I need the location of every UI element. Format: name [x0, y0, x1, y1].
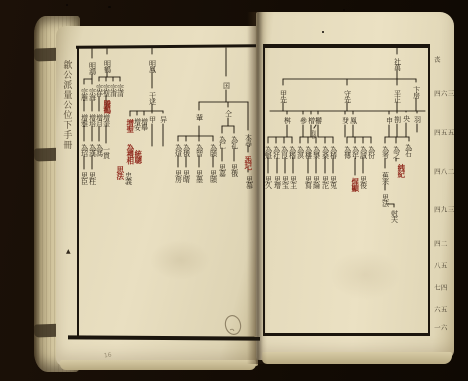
tree-node-label: 為漢: [89, 144, 96, 156]
tree-node-label: 為智: [196, 144, 203, 156]
tree-node-label: 一貫: [103, 146, 110, 158]
margin-number: 五五四: [433, 129, 453, 136]
tree-node-label: 思嘉: [219, 164, 226, 176]
tree-node-label: 為桑: [322, 146, 329, 158]
tree-node-label: 囯: [223, 82, 230, 88]
tree-node-label: 思墨: [196, 170, 203, 182]
tree-node-label: 思柱: [89, 172, 96, 184]
tree-node-label: 為楷: [289, 146, 296, 158]
tree-node-label: 思兎: [330, 176, 337, 188]
tree-node-label: 增安: [134, 118, 141, 130]
tree-node-label: 增月: [96, 114, 103, 126]
tree-node-label: 為傳: [344, 146, 351, 158]
tree-node-label: 橳: [315, 117, 322, 123]
tree-node-label: 為良: [281, 146, 288, 158]
tree-node-label: 為魁: [265, 146, 272, 158]
tree-node-label: 增雅: [81, 114, 88, 126]
margin-number: 二八四: [433, 168, 453, 175]
tree-node-label: 為份: [368, 146, 375, 158]
tree-node-label: 為禮相: [126, 144, 134, 164]
margin-number: 五六: [433, 306, 447, 313]
tree-node-label: 思頣: [210, 170, 217, 182]
tree-node-label: 思慕: [246, 176, 253, 188]
tree-node-label: 癹: [342, 117, 349, 123]
tree-node-label: 思晴: [183, 170, 190, 182]
tree-node-label: 為煊: [175, 144, 182, 156]
tree-node-label: 參: [300, 117, 307, 123]
tree-node-label: 鳯: [350, 117, 357, 123]
tree-node-label: 尅夫: [391, 210, 398, 222]
tree-node-label: 為樓: [305, 146, 312, 158]
tree-node-label: 為年: [352, 146, 359, 158]
tree-node-label: 為槼: [313, 146, 320, 158]
tree-node-label: 思俊: [360, 176, 367, 188]
margin-number: 六一: [433, 324, 447, 331]
tree-node-label: 央: [403, 115, 410, 121]
tree-node-label: 為誠: [360, 146, 367, 158]
margin-number: 五八: [433, 262, 447, 269]
tree-node-label: 宗祥: [96, 84, 103, 96]
tree-node-label: 甲先: [280, 90, 287, 102]
margin-number: 四七: [433, 284, 447, 291]
tree-node-label: 為玿: [81, 144, 88, 156]
tree-node-label: 思宝: [282, 176, 289, 188]
tree-node-label: 思主: [290, 176, 297, 188]
tree-node-label: 為椿: [330, 146, 337, 158]
tree-node-label: 思綸: [313, 176, 320, 188]
tree-node-label: 思寫: [305, 176, 312, 188]
tree-node-label: 思俄: [231, 164, 238, 176]
tree-node-label: 申: [386, 117, 393, 123]
tree-node-label: 為頣: [210, 144, 217, 156]
tree-node-label: 宗淯: [110, 84, 117, 96]
tree-node-label: 思法: [382, 194, 389, 206]
tree-node-label: 為俄: [183, 144, 190, 156]
tree-node-label: 宗聖: [103, 84, 110, 96]
tree-node-label: 思法: [116, 166, 124, 179]
tree-node-label: 絏紀: [397, 164, 405, 177]
speck: [322, 31, 324, 33]
tree-node-label: 思臣: [81, 172, 88, 184]
tree-node-label: 為礼: [231, 136, 238, 148]
tree-node-label: 干逑: [149, 92, 156, 104]
tree-node-label: 仝: [225, 110, 232, 116]
tree-node-label: 桝: [284, 117, 291, 123]
speck: [343, 9, 345, 11]
tree-node-label: 平正: [394, 90, 401, 102]
tree-node-label: 增舉: [141, 118, 148, 130]
tree-node-label: 守先: [344, 90, 351, 102]
tree-node-label: 宗雁: [81, 88, 88, 100]
tree-node-label: 异: [160, 116, 167, 122]
tree-node-label: 為溟: [297, 146, 304, 158]
left-margin-title: 歙公派量公位下手冊: [61, 60, 71, 150]
tree-node-label: 剳: [394, 116, 401, 122]
tree-node-label: 社萬: [394, 58, 401, 70]
tree-node-label: 軰: [196, 114, 203, 120]
tree-node-label: 卞房: [413, 86, 420, 98]
tree-node-label: 明鴻: [89, 62, 96, 74]
speck: [66, 4, 68, 6]
tree-connector-line: [314, 125, 316, 128]
tree-node-label: 增奎: [103, 114, 110, 126]
tree-node-label: 忠義: [125, 172, 132, 184]
margin-number: 丧: [433, 56, 440, 63]
tree-node-label: 甲: [149, 116, 156, 122]
tree-node-label: 羽: [414, 116, 421, 122]
tree-node-label: 思沱: [322, 176, 329, 188]
tree-node-label: 增培: [89, 114, 96, 126]
tree-node-label: 宗清: [117, 84, 124, 96]
tree-node-label: 㤅圮: [244, 156, 252, 169]
speck: [108, 6, 111, 8]
tree-node-label: 本尋: [245, 134, 252, 146]
tree-node-label: 為考: [382, 146, 389, 158]
tree-node-label: 煋顯: [351, 178, 359, 191]
tree-node-label: 統聰: [134, 150, 142, 163]
tree-node-label: 蕉来: [382, 172, 389, 184]
tree-node-label: 橧: [308, 117, 315, 123]
margin-number: 二四: [433, 240, 447, 247]
tree-node-label: 為石: [405, 144, 412, 156]
tree-node-label: 思房: [175, 170, 182, 182]
margin-number: 三六四: [433, 90, 453, 97]
left-margin-mark: ▲: [66, 248, 71, 255]
tree-node-label: 騰鶴: [103, 100, 111, 113]
tree-node-label: 為之: [393, 146, 400, 158]
tree-node-label: 思久: [265, 176, 272, 188]
book-photo: 明鴻明鶴明鳳囯宗雁宗海宗祥宗聖宗淯宗清騰鶴干逑仝軰本尋增雅增培增月增奎增聖增安增…: [0, 0, 468, 381]
tree-node-label: 為仁: [219, 136, 226, 148]
pencil-doodle-circle: [223, 314, 242, 336]
tree-node-label: 為社: [273, 146, 280, 158]
tree-node-label: 和仯: [311, 130, 316, 138]
tree-node-label: 為馮: [96, 144, 103, 156]
tree-node-label: 明鶴: [104, 60, 111, 72]
margin-number: 三九四: [433, 206, 453, 213]
pencil-mark: 16: [104, 352, 113, 360]
tree-node-label: 宗海: [89, 88, 96, 100]
tree-node-label: 思增: [274, 176, 281, 188]
tree-node-label: 明鳳: [149, 60, 156, 72]
